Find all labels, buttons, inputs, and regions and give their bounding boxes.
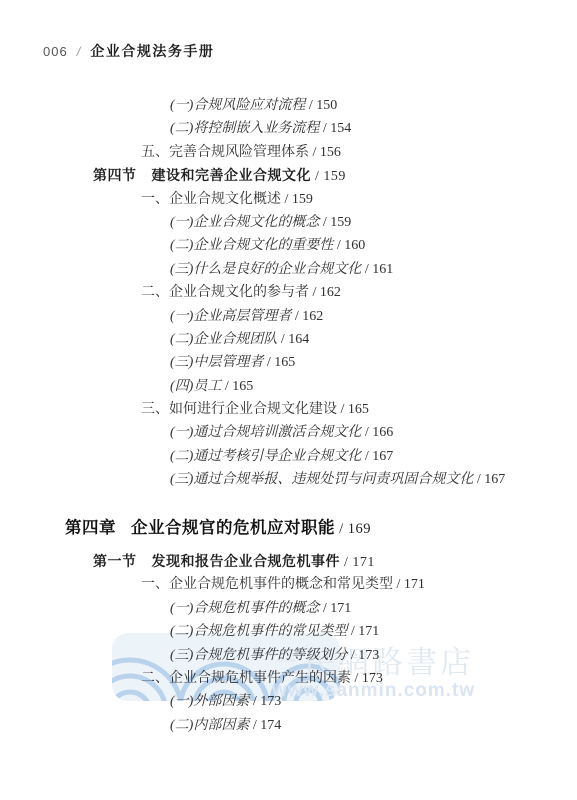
toc-entry-item2: (一)外部因素 / 173 <box>0 690 577 713</box>
toc-entry-separator: / <box>319 121 330 136</box>
toc-entry-separator: / <box>393 577 404 592</box>
toc-entry-title: (一)合规危机事件的概念 <box>170 601 319 616</box>
book-toc-page: 006/企业合规法务手册 (一)合规风险应对流程 / 150(二)将控制嵌入业务… <box>0 0 577 800</box>
toc-entry-item1: 一、企业合规危机事件的概念和常见类型 / 171 <box>0 573 577 596</box>
toc-entry-item2: (二)将控制嵌入业务流程 / 154 <box>0 117 577 140</box>
toc-entry-page-number: 167 <box>372 449 393 464</box>
toc-entry-page-number: 165 <box>232 379 253 394</box>
toc-entry-page-number: 154 <box>330 121 351 136</box>
toc-entry-page-number: 156 <box>320 145 341 160</box>
toc-entry-page-number: 162 <box>302 309 323 324</box>
toc-entry-item2: (一)合规风险应对流程 / 150 <box>0 94 577 117</box>
toc-entry-label: 第一节 <box>93 553 137 569</box>
toc-entry-title: 企业合规官的危机应对职能 <box>131 519 335 537</box>
toc-entry-page-number: 171 <box>330 601 351 616</box>
toc-entry-label: 第四章 <box>65 519 116 537</box>
toc-entry-page-number: 169 <box>348 521 371 537</box>
toc-entry-separator: / <box>347 648 358 663</box>
toc-entry-item2: (一)企业高层管理者 / 162 <box>0 305 577 328</box>
toc-entry-title: 三、如何进行企业合规文化建设 <box>141 402 337 417</box>
toc-entry-separator: / <box>305 98 316 113</box>
toc-entry-item2: (二)内部因素 / 174 <box>0 714 577 737</box>
toc-entry-title: (三)通过合规举报、违规处罚与问责巩固合规文化 <box>170 472 473 487</box>
toc-entry-separator: / <box>263 355 274 370</box>
toc-entry-separator: / <box>361 262 372 277</box>
toc-entry-title: 发现和报告企业合规危机事件 <box>152 553 341 569</box>
toc-entry-separator: / <box>309 145 320 160</box>
toc-entry-separator: / <box>340 555 352 570</box>
toc-entry-page-number: 171 <box>358 624 379 639</box>
toc-entry-title: 一、企业合规文化概述 <box>141 192 281 207</box>
toc-entry-item2: (三)合规危机事件的等级划分 / 173 <box>0 644 577 667</box>
toc-entry-page-number: 162 <box>320 285 341 300</box>
toc-entry-separator: / <box>281 192 292 207</box>
toc-entry-chapter: 第四章企业合规官的危机应对职能 / 169 <box>0 517 577 540</box>
toc-entry-title: (三)合规危机事件的等级划分 <box>170 648 347 663</box>
toc-entry-separator: / <box>311 169 323 184</box>
toc-entry-section: 第一节发现和报告企业合规危机事件 / 171 <box>0 550 577 573</box>
toc-entry-separator: / <box>361 449 372 464</box>
toc-entry-page-number: 150 <box>316 98 337 113</box>
toc-entry-item2: (二)企业合规文化的重要性 / 160 <box>0 234 577 257</box>
toc-entry-item2: (三)中层管理者 / 165 <box>0 351 577 374</box>
running-header: 006/企业合规法务手册 <box>43 41 214 61</box>
toc-entry-title: 一、企业合规危机事件的概念和常见类型 <box>141 577 393 592</box>
toc-entry-item2: (三)通过合规举报、违规处罚与问责巩固合规文化 / 167 <box>0 468 577 491</box>
toc-entry-page-number: 159 <box>330 215 351 230</box>
toc-entry-label: 第四节 <box>93 167 137 183</box>
toc-entry-page-number: 159 <box>323 169 346 184</box>
toc-entry-page-number: 173 <box>260 694 281 709</box>
toc-entry-title: (一)外部因素 <box>170 694 249 709</box>
toc-entry-separator: / <box>333 238 344 253</box>
toc-entry-item1: 二、企业合规文化的参与者 / 162 <box>0 281 577 304</box>
toc-entry-separator: / <box>319 601 330 616</box>
toc-entry-title: (四)员工 <box>170 379 221 394</box>
toc-entry-title: (二)内部因素 <box>170 718 249 733</box>
toc-entry-page-number: 166 <box>372 425 393 440</box>
toc-entry-separator: / <box>337 402 348 417</box>
toc-entry-item2: (二)合规危机事件的常见类型 / 171 <box>0 620 577 643</box>
toc-entry-page-number: 164 <box>288 332 309 347</box>
toc-entry-title: (二)合规危机事件的常见类型 <box>170 624 347 639</box>
toc-list: (一)合规风险应对流程 / 150(二)将控制嵌入业务流程 / 154五、完善合… <box>0 94 577 737</box>
toc-entry-page-number: 171 <box>352 555 375 570</box>
toc-entry-separator: / <box>309 285 320 300</box>
toc-entry-page-number: 171 <box>404 577 425 592</box>
toc-entry-page-number: 161 <box>372 262 393 277</box>
toc-entry-item1: 二、企业合规危机事件产生的因素 / 173 <box>0 667 577 690</box>
toc-entry-page-number: 173 <box>358 648 379 663</box>
toc-entry-title: (一)合规风险应对流程 <box>170 98 305 113</box>
toc-entry-separator: / <box>335 521 348 537</box>
toc-entry-title: 五、完善合规风险管理体系 <box>141 145 309 160</box>
toc-entry-separator: / <box>473 472 484 487</box>
header-separator-slash: / <box>77 44 82 59</box>
toc-entry-page-number: 167 <box>484 472 505 487</box>
toc-entry-title: (二)通过考核引导企业合规文化 <box>170 449 361 464</box>
toc-entry-page-number: 165 <box>348 402 369 417</box>
toc-entry-title: (一)通过合规培训激活合规文化 <box>170 425 361 440</box>
toc-entry-item2: (二)企业合规团队 / 164 <box>0 328 577 351</box>
toc-entry-separator: / <box>291 309 302 324</box>
toc-entry-separator: / <box>249 718 260 733</box>
toc-entry-title: 二、企业合规文化的参与者 <box>141 285 309 300</box>
toc-entry-item1: 一、企业合规文化概述 / 159 <box>0 188 577 211</box>
toc-entry-title: (一)企业高层管理者 <box>170 309 291 324</box>
toc-entry-title: 建设和完善企业合规文化 <box>152 167 312 183</box>
toc-entry-page-number: 159 <box>292 192 313 207</box>
toc-entry-item2: (一)通过合规培训激活合规文化 / 166 <box>0 421 577 444</box>
toc-entry-item2: (一)合规危机事件的概念 / 171 <box>0 597 577 620</box>
toc-entry-separator: / <box>351 671 362 686</box>
toc-entry-separator: / <box>347 624 358 639</box>
toc-entry-item1: 五、完善合规风险管理体系 / 156 <box>0 141 577 164</box>
toc-entry-page-number: 173 <box>362 671 383 686</box>
toc-entry-separator: / <box>361 425 372 440</box>
toc-entry-separator: / <box>221 379 232 394</box>
toc-entry-title: (一)企业合规文化的概念 <box>170 215 319 230</box>
toc-entry-title: (二)企业合规文化的重要性 <box>170 238 333 253</box>
toc-entry-page-number: 174 <box>260 718 281 733</box>
toc-entry-separator: / <box>319 215 330 230</box>
toc-entry-page-number: 165 <box>274 355 295 370</box>
toc-entry-title: (三)中层管理者 <box>170 355 263 370</box>
toc-entry-item2: (二)通过考核引导企业合规文化 / 167 <box>0 445 577 468</box>
toc-entry-item1: 三、如何进行企业合规文化建设 / 165 <box>0 398 577 421</box>
toc-entry-item2: (三)什么是良好的企业合规文化 / 161 <box>0 258 577 281</box>
toc-entry-title: (二)将控制嵌入业务流程 <box>170 121 319 136</box>
toc-entry-separator: / <box>277 332 288 347</box>
toc-entry-separator: / <box>249 694 260 709</box>
toc-entry-page-number: 160 <box>344 238 365 253</box>
toc-entry-item2: (四)员工 / 165 <box>0 375 577 398</box>
toc-entry-title: (二)企业合规团队 <box>170 332 277 347</box>
header-book-title: 企业合规法务手册 <box>90 43 214 59</box>
toc-entry-title: (三)什么是良好的企业合规文化 <box>170 262 361 277</box>
toc-entry-item2: (一)企业合规文化的概念 / 159 <box>0 211 577 234</box>
toc-entry-title: 二、企业合规危机事件产生的因素 <box>141 671 351 686</box>
header-page-number: 006 <box>43 44 68 59</box>
toc-entry-section: 第四节建设和完善企业合规文化 / 159 <box>0 164 577 187</box>
